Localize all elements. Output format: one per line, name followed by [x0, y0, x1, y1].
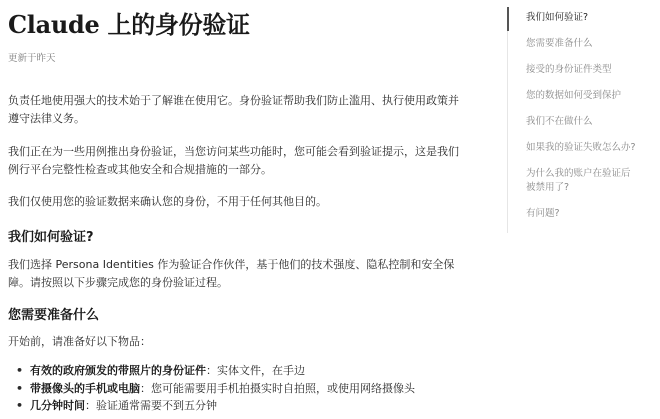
list-item: •有效的政府颁发的带照片的身份证件：实体文件，在手边 — [8, 362, 478, 380]
section-heading-how-we-verify: 我们如何验证? — [8, 226, 94, 245]
table-of-contents: 我们如何验证? 您需要准备什么 接受的身份证件类型 您的数据如何受到保护 我们不… — [507, 11, 657, 233]
toc-item-accepted-id-types[interactable]: 接受的身份证件类型 — [508, 63, 657, 77]
list-item-text: ：您可能需要用手机拍摄实时自拍照，或使用网络摄像头 — [140, 382, 415, 395]
intro-paragraph-2: 我们正在为一些用例推出身份验证，当您访问某些功能时，您可能会看到验证提示，这是我… — [8, 143, 468, 179]
list-item-title: 几分钟时间 — [30, 399, 85, 412]
bullet-icon: • — [16, 397, 23, 415]
list-item-text: ：验证通常需要不到五分钟 — [85, 399, 217, 412]
list-item-title: 带摄像头的手机或电脑 — [30, 382, 140, 395]
bullet-icon: • — [16, 362, 23, 380]
intro-paragraph-1: 负责任地使用强大的技术始于了解谁在使用它。身份验证帮助我们防止滥用、执行使用政策… — [8, 92, 468, 128]
requirements-list: •有效的政府颁发的带照片的身份证件：实体文件，在手边 •带摄像头的手机或电脑：您… — [8, 362, 478, 415]
toc-item-what-we-dont-do[interactable]: 我们不在做什么 — [508, 115, 657, 129]
section-heading-what-you-need: 您需要准备什么 — [8, 304, 99, 323]
section-what-you-need-intro: 开始前，请准备好以下物品： — [8, 333, 468, 351]
list-item: •几分钟时间：验证通常需要不到五分钟 — [8, 397, 478, 415]
bullet-icon: • — [16, 380, 23, 398]
toc-item-questions[interactable]: 有问题? — [508, 207, 657, 221]
page-title: Claude 上的身份验证 — [8, 5, 250, 40]
section-how-we-verify-body: 我们选择 Persona Identities 作为验证合作伙伴，基于他们的技术… — [8, 256, 468, 292]
toc-item-what-you-need[interactable]: 您需要准备什么 — [508, 37, 657, 51]
list-item-text: ：实体文件，在手边 — [206, 364, 305, 377]
intro-paragraph-3: 我们仅使用您的验证数据来确认您的身份，不用于任何其他目的。 — [8, 193, 468, 211]
list-item-title: 有效的政府颁发的带照片的身份证件 — [30, 364, 206, 377]
toc-item-how-we-verify[interactable]: 我们如何验证? — [508, 11, 657, 25]
toc-item-data-protection[interactable]: 您的数据如何受到保护 — [508, 89, 657, 103]
list-item: •带摄像头的手机或电脑：您可能需要用手机拍摄实时自拍照，或使用网络摄像头 — [8, 380, 478, 398]
toc-item-verification-failed[interactable]: 如果我的验证失败怎么办? — [508, 141, 657, 155]
toc-item-account-disabled[interactable]: 为什么我的账户在验证后被禁用了? — [508, 167, 633, 195]
updated-timestamp: 更新于昨天 — [8, 50, 56, 64]
